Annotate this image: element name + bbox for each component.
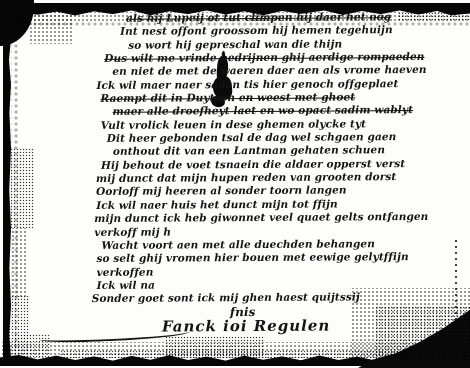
manuscript-text: als hij Lupeij ot tut climpen hij daer h…: [88, 11, 470, 341]
manuscript-line: mijn dunct ick heb giwonnet veel quaet g…: [94, 211, 469, 227]
scan-noise-left-bulge: [10, 148, 34, 228]
manuscript-scan-page: als hij Lupeij ot tut climpen hij daer h…: [0, 0, 470, 368]
scan-noise-corner-tl: [28, 4, 73, 44]
scan-noise-left-bulge-2: [10, 228, 26, 298]
signature: Fanck ioi Regulen: [162, 318, 470, 340]
manuscript-line: en niet de met de waeren daer aen als vr…: [112, 64, 468, 80]
